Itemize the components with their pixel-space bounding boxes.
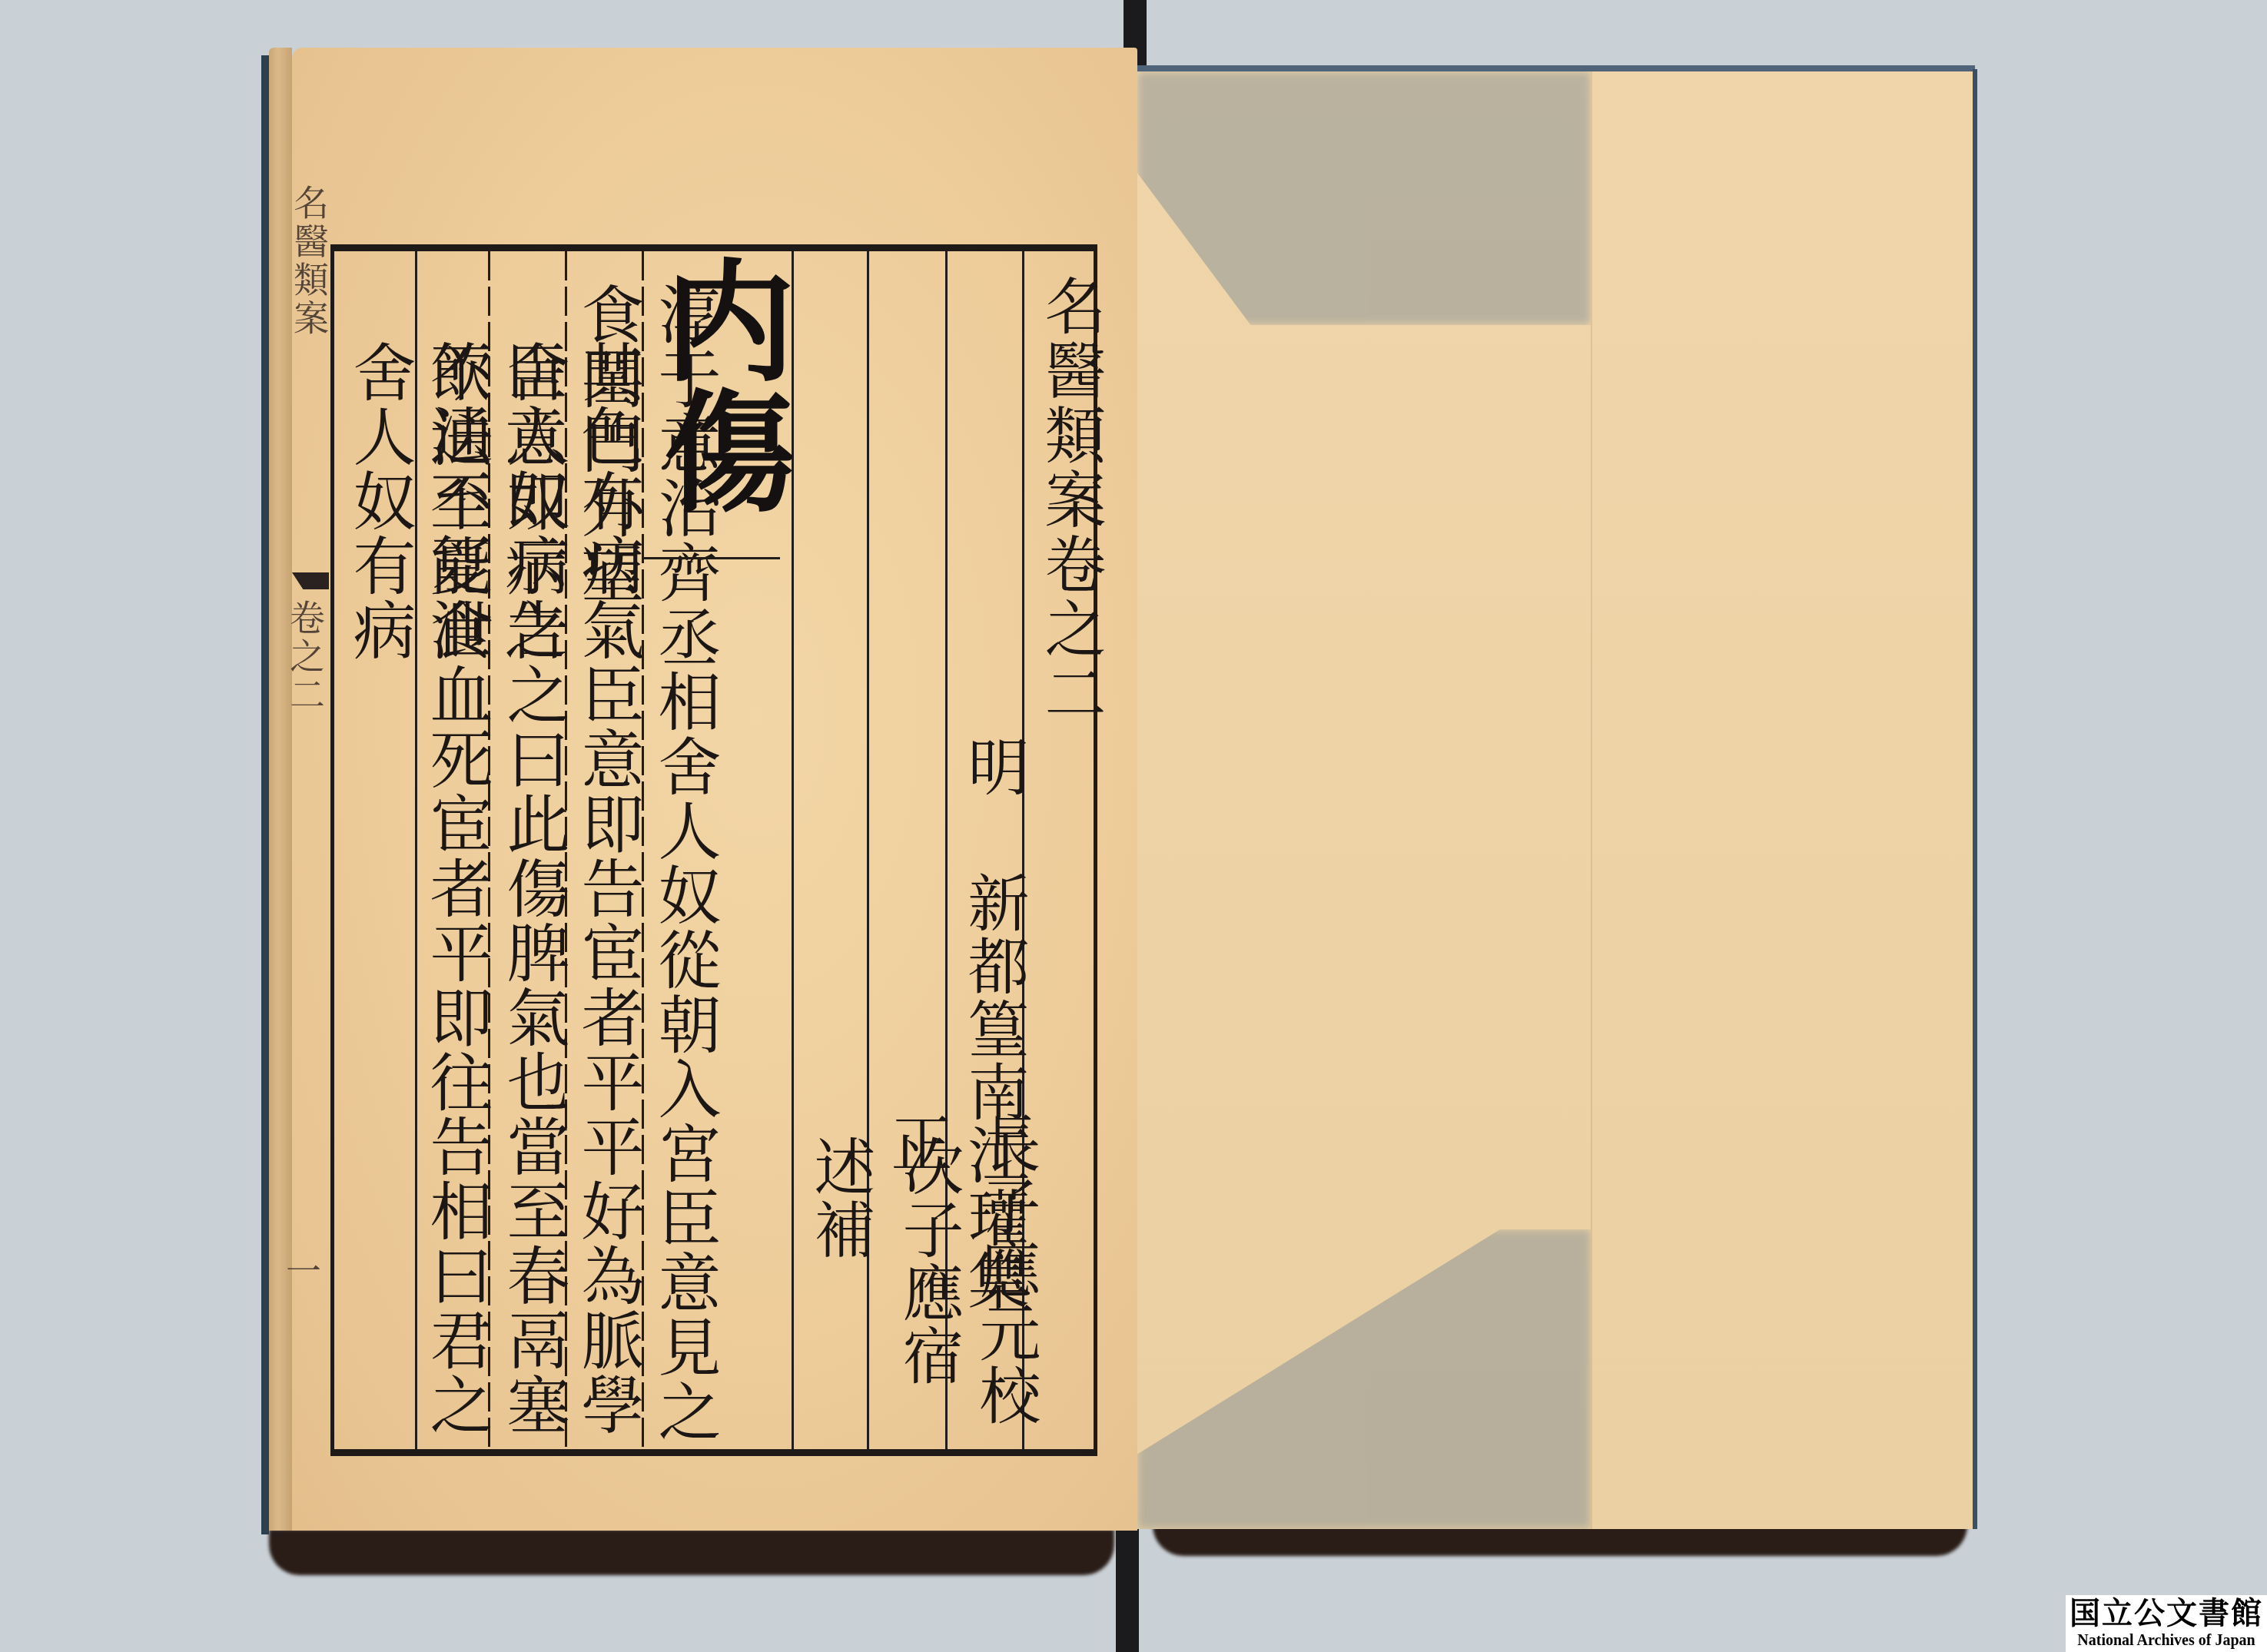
- tissue-shadow-bottom: [1137, 1229, 1591, 1529]
- book-title-line: 名醫類案卷之二: [1026, 274, 1114, 726]
- right-page-tissue: [1137, 65, 1975, 1529]
- right-cover-edge: [1973, 69, 1977, 1529]
- spine-page-number: 一: [296, 1252, 327, 1291]
- archive-watermark: 国立公文書館 National Archives of Japan: [2066, 1595, 2267, 1652]
- tissue-shadow-top: [1137, 71, 1591, 325]
- spine-volume: 卷之二: [300, 599, 330, 715]
- heading-underline: [642, 557, 780, 559]
- bookmark-ribbon-bottom: [1116, 1529, 1139, 1652]
- section-heading: 内傷: [646, 254, 792, 515]
- cover-edge: [261, 55, 269, 1534]
- left-page-shadow: [269, 1529, 1114, 1575]
- watermark-english: National Archives of Japan: [2066, 1632, 2267, 1649]
- watermark-japanese: 国立公文書館: [2066, 1595, 2267, 1632]
- author-line: 明 新都篁南江瓘集: [949, 735, 1037, 1312]
- spine-title: 名醫類案: [304, 184, 334, 338]
- right-page-shadow: [1153, 1525, 1967, 1556]
- tissue-fold-edge: [1591, 71, 1592, 1529]
- body-column-4: 飲法至夏泄血死宦者平即往告相曰君之舍人奴有病: [340, 340, 494, 1449]
